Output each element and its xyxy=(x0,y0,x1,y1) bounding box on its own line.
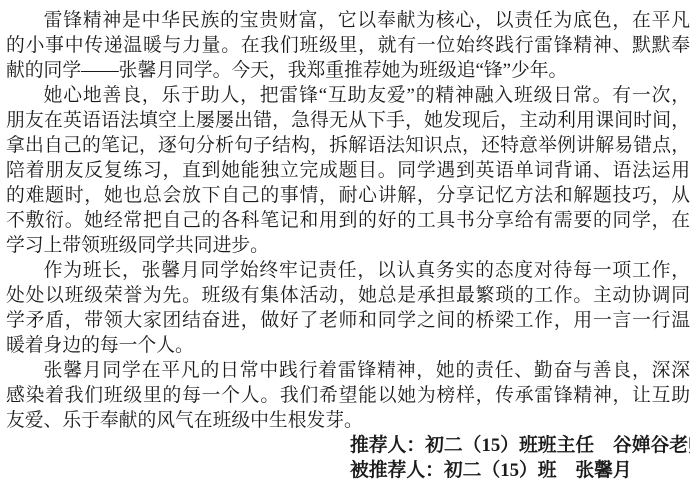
text-line: 拿出自己的笔记，逐句分析句子结构，拆解语法知识点，还特意举例讲解易错点， xyxy=(6,133,690,158)
text-line: 献的同学——张馨月同学。今天，我郑重推荐她为班级追“锋”少年。 xyxy=(6,58,690,83)
recommendee-line: 被推荐人：初二（15）班 张馨月 xyxy=(350,458,690,483)
text-line: 学矛盾，带领大家团结奋进，做好了老师和同学之间的桥梁工作，用一言一行温 xyxy=(6,308,690,333)
text-line: 感染着我们班级里的每一个人。我们希望能以她为榜样，传承雷锋精神，让互助 xyxy=(6,383,690,408)
text-line: 朋友在英语语法填空上屡屡出错，急得无从下手，她发现后，主动利用课间时间， xyxy=(6,108,690,133)
text-line: 暖着身边的每一个人。 xyxy=(6,333,690,358)
recommendation-letter-page: 雷锋精神是中华民族的宝贵财富，它以奉献为核心，以责任为底色，在平凡 的小事中传递… xyxy=(0,0,696,483)
signature-block: 推荐人：初二（15）班班主任 谷婵谷老师 被推荐人：初二（15）班 张馨月 xyxy=(6,433,690,483)
text-line: 她心地善良，乐于助人，把雷锋“互助友爱”的精神融入班级日常。有一次， xyxy=(6,83,690,108)
text-line: 不敷衍。她经常把自己的各科笔记和用到的好的工具书分享给有需要的同学，在 xyxy=(6,208,690,233)
text-line: 的难题时，她也总会放下自己的事情，耐心讲解，分享记忆方法和解题技巧，从 xyxy=(6,183,690,208)
text-line: 学习上带领班级同学共同进步。 xyxy=(6,233,690,258)
text-line: 雷锋精神是中华民族的宝贵财富，它以奉献为核心，以责任为底色，在平凡 xyxy=(6,8,690,33)
recommender-line: 推荐人：初二（15）班班主任 谷婵谷老师 xyxy=(350,433,690,458)
text-line: 陪着朋友反复练习，直到她能独立完成题目。同学遇到英语单词背诵、语法运用 xyxy=(6,158,690,183)
text-line: 处处以班级荣誉为先。班级有集体活动，她总是承担最繁琐的工作。主动协调同 xyxy=(6,283,690,308)
text-line: 的小事中传递温暖与力量。在我们班级里，就有一位始终践行雷锋精神、默默奉 xyxy=(6,33,690,58)
text-line: 友爱、乐于奉献的风气在班级中生根发芽。 xyxy=(6,408,690,433)
text-line: 张馨月同学在平凡的日常中践行着雷锋精神，她的责任、勤奋与善良，深深 xyxy=(6,358,690,383)
text-line: 作为班长，张馨月同学始终牢记责任，以认真务实的态度对待每一项工作， xyxy=(6,258,690,283)
